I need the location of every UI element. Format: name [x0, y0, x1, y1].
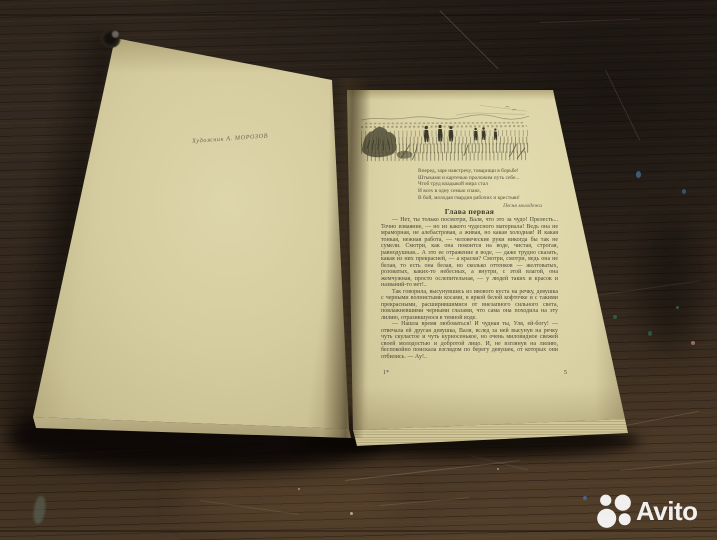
avito-logo-icon [596, 492, 633, 529]
book-left-page: Художник А. МОРОЗОВ [33, 38, 349, 429]
book-gutter-shadow [322, 78, 372, 439]
paint-speck [676, 306, 679, 309]
wood-scratch [620, 460, 716, 471]
epigraph-line: И всех в одну семью спаял, [418, 188, 548, 195]
wood-scratch [345, 460, 520, 481]
paint-speck [682, 189, 686, 194]
wood-light-patch [180, 470, 400, 530]
avito-watermark: Avito [596, 492, 698, 529]
body-text: — Нет, ты только посмотри, Валя, что это… [381, 217, 558, 360]
wood-scratch [540, 19, 640, 23]
wood-scratch [439, 10, 498, 69]
plank-seam [0, 14, 717, 16]
paint-smudge [32, 495, 47, 524]
paragraph: Так говорила, высунувшись из ивового кус… [381, 289, 558, 322]
page-number: 5 [553, 369, 567, 376]
paragraph: — Нашла время любоваться! И чудная ты, У… [381, 321, 558, 360]
signature-mark: 1* [383, 370, 389, 376]
avito-wordmark: Avito [636, 498, 698, 524]
paint-speck [583, 496, 587, 500]
paint-speck [648, 331, 652, 336]
book-right-page: Вперед, заре навстречу, товарищи в борьб… [347, 90, 625, 430]
chapter-heading: Глава первая [381, 207, 558, 216]
epigraph-line: Вперед, заре навстречу, товарищи в борьб… [418, 168, 548, 175]
paint-speck [497, 468, 499, 470]
paint-speck [298, 488, 300, 490]
epigraph: Вперед, заре навстречу, товарищи в борьб… [418, 168, 548, 210]
paint-speck [350, 512, 353, 515]
artist-credit-line: Художник А. МОРОЗОВ [192, 130, 302, 145]
paragraph: — Нет, ты только посмотри, Валя, что это… [381, 217, 558, 289]
sky-and-horizon [361, 105, 529, 120]
photo-scene: Художник А. МОРОЗОВ [0, 0, 717, 540]
wood-scratch [605, 70, 640, 141]
epigraph-line: В бой, молодая гвардия рабочих и крестья… [418, 195, 548, 202]
paint-speck [691, 341, 695, 345]
paint-speck [613, 315, 617, 319]
paint-speck [636, 171, 641, 178]
wood-scratch [40, 449, 150, 456]
plank-seam [0, 530, 717, 532]
epigraph-line: Чтоб труд владыкой мира стал [418, 181, 548, 188]
field-illustration [361, 99, 529, 163]
